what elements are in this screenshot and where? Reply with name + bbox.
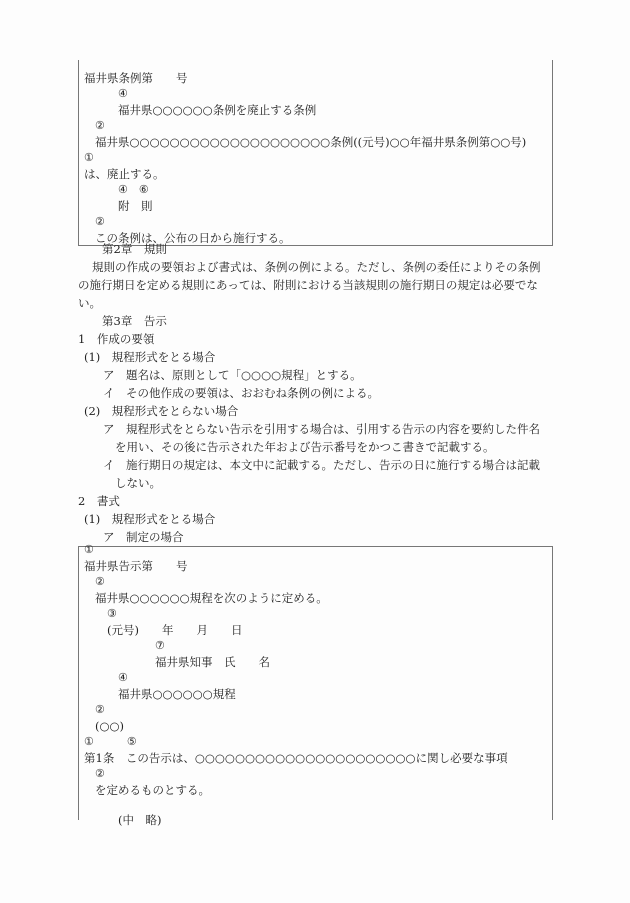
box2-annotation-marker: ③ <box>107 607 117 621</box>
box2-annotation-marker: ① ⑤ <box>84 735 137 749</box>
box1-text-line: 附 則 <box>118 199 153 213</box>
box2-text-line: を定めるものとする。 <box>95 783 210 797</box>
body-text-line: ア 規程形式をとらない告示を引用する場合は、引用する告示の内容を要約した件名 <box>103 422 540 436</box>
box2-annotation-marker: ② <box>95 575 105 589</box>
body-text-line: ア 題名は、原則として「○○○○規程」とする。 <box>103 368 362 382</box>
box2-text-line: (元号) 年 月 日 <box>107 623 242 637</box>
box2-text-line: 福井県知事 氏 名 <box>155 655 270 669</box>
box1-text-line: 福井県○○○○○○○○○○○○○○○○○○○○条例((元号)○○年福井県条例第○… <box>95 135 526 149</box>
box2-annotation-marker: ⑦ <box>155 639 165 653</box>
box1-text-line: 福井県条例第 号 <box>84 71 188 85</box>
box2-annotation-marker: ② <box>95 703 105 717</box>
box1-annotation-marker: ① <box>84 151 94 165</box>
body-text-line: (1) 規程形式をとる場合 <box>84 350 215 364</box>
box1-text-line: 福井県○○○○○○条例を廃止する条例 <box>118 103 316 117</box>
body-text-line: 規則の作成の要領および書式は、条例の例による。ただし、条例の委任によりその条例 <box>92 260 541 274</box>
body-text-line: しない。 <box>115 476 161 490</box>
box1-annotation-marker: ④ <box>118 87 128 101</box>
body-text-line: を用い、その後に告示された年および告示番号をかつこ書きで記載する。 <box>115 440 495 454</box>
body-text-line: ア 制定の場合 <box>103 530 184 544</box>
body-text-line: イ 施行期日の規定は、本文中に記載する。ただし、告示の日に施行する場合は記載 <box>103 458 540 472</box>
body-text-line: 第3章 告示 <box>102 314 167 328</box>
box1-annotation-marker: ② <box>95 119 105 133</box>
body-text-line: イ その他作成の要領は、おおむね条例の例による。 <box>103 386 379 400</box>
box2-annotation-marker: ① <box>84 543 94 557</box>
box1-annotation-marker: ④ ⑥ <box>118 183 149 197</box>
body-text-line: 第2章 規則 <box>102 242 167 256</box>
body-text-line: の施行期日を定める規則にあっては、附則における当該規則の施行期日の規定は必要でな <box>78 278 538 292</box>
box2-annotation-marker: ④ <box>118 671 128 685</box>
body-text-line: 2 書式 <box>78 494 120 508</box>
box2-text-line: 福井県○○○○○○規程 <box>118 687 236 701</box>
box2-annotation-marker: ② <box>95 767 105 781</box>
box2-text-line: (○○) <box>95 719 124 733</box>
box2-text-line: 福井県○○○○○○規程を次のように定める。 <box>95 591 328 605</box>
notice-enactment-template-box <box>78 546 553 820</box>
body-text-line: (2) 規程形式をとらない場合 <box>84 404 238 418</box>
body-text-line: 1 作成の要領 <box>78 332 154 346</box>
body-text-line: (1) 規程形式をとる場合 <box>84 512 215 526</box>
ordinance-repeal-template-box <box>78 60 553 246</box>
body-text-line: い。 <box>78 296 101 310</box>
box1-text-line: は、廃止する。 <box>84 167 165 181</box>
box2-text-line: 第1条 この告示は、○○○○○○○○○○○○○○○○○○○○○○に関し必要な事項 <box>84 751 508 765</box>
box2-text-line: (中 略) <box>118 813 161 827</box>
box1-annotation-marker: ② <box>95 215 105 229</box>
box2-text-line: 福井県告示第 号 <box>84 559 188 573</box>
